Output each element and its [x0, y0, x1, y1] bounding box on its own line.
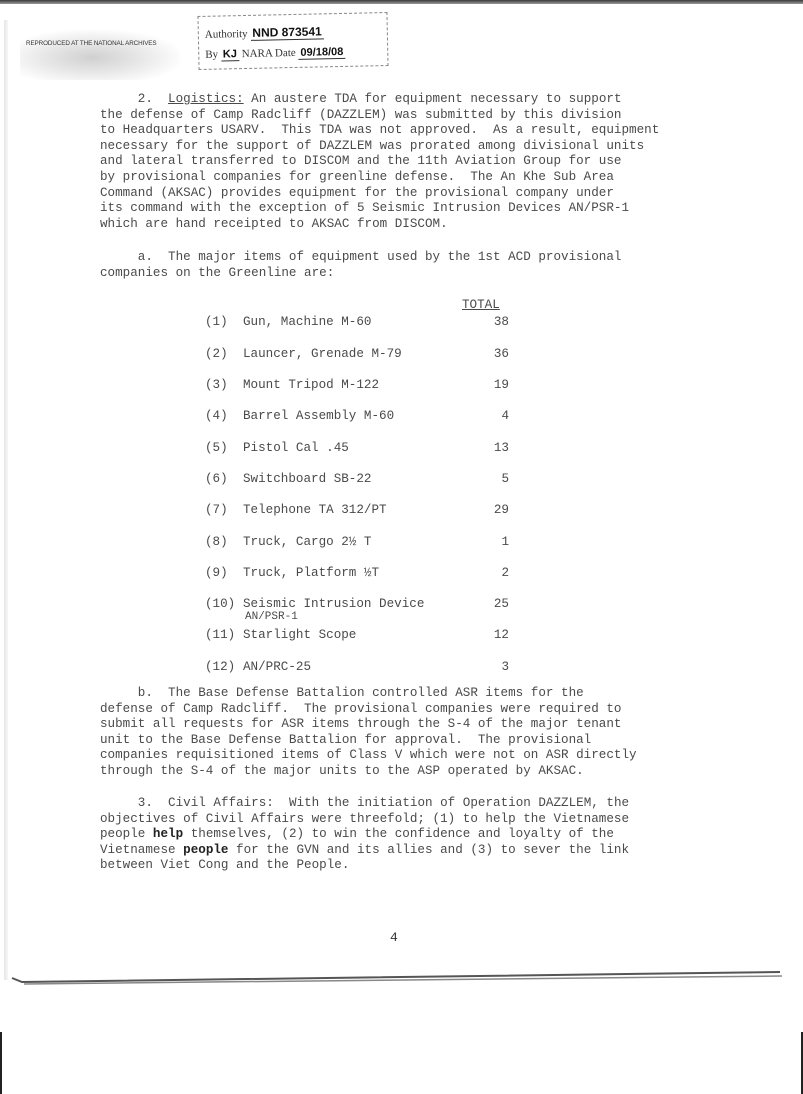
page-number: 4	[390, 930, 398, 945]
item-quantity: 2	[501, 566, 509, 580]
equipment-item: (6)Switchboard SB-225	[205, 472, 525, 488]
item-name: Truck, Platform ½T	[243, 566, 379, 580]
item-number: (12)	[205, 660, 243, 674]
text-line: through the S-4 of the major units to th…	[100, 764, 584, 778]
item-name: Starlight Scope	[243, 628, 356, 642]
base-defense-paragraph: b. The Base Defense Battalion controlled…	[100, 686, 720, 780]
civil-affairs-paragraph: 3. Civil Affairs: With the initiation of…	[100, 796, 720, 874]
item-number: (9)	[205, 566, 243, 580]
item-quantity: 36	[494, 347, 509, 361]
item-name: Mount Tripod M-122	[243, 378, 379, 392]
text-line: necessary for the support of DAZZLEM was…	[100, 139, 644, 153]
item-name: Seismic Intrusion Device	[243, 597, 424, 611]
text-fragment: people	[100, 827, 153, 841]
item-number: (4)	[205, 409, 243, 423]
section-number: 2.	[138, 92, 153, 106]
text-line: Command (AKSAC) provides equipment for t…	[100, 186, 614, 200]
item-number: (1)	[205, 315, 243, 329]
text-line: companies requisitioned items of Class V…	[100, 748, 637, 762]
equipment-item: (11)Starlight Scope12	[205, 628, 525, 644]
equipment-item: (10)Seismic Intrusion DeviceAN/PSR-125	[205, 597, 525, 613]
scan-lower-frame	[0, 1032, 803, 1094]
item-quantity: 1	[501, 535, 509, 549]
text-line: With the initiation of Operation DAZZLEM…	[274, 796, 629, 810]
item-name: Truck, Cargo 2½ T	[243, 535, 371, 549]
item-quantity: 3	[501, 660, 509, 674]
section-number: 3.	[138, 796, 153, 810]
item-number: (10)	[205, 597, 243, 611]
item-quantity: 13	[494, 441, 509, 455]
text-fragment: Vietnamese	[100, 843, 183, 857]
section-heading: Civil Affairs:	[168, 796, 274, 810]
item-quantity: 19	[494, 378, 509, 392]
item-quantity: 5	[501, 472, 509, 486]
text-line: unit to the Base Defense Battalion for a…	[100, 733, 591, 747]
text-line: objectives of Civil Affairs were threefo…	[100, 812, 629, 826]
text-line: companies on the Greenline are:	[100, 266, 334, 280]
item-quantity: 38	[494, 315, 509, 329]
text-line: to Headquarters USARV. This TDA was not …	[100, 123, 659, 137]
equipment-intro-paragraph: a. The major items of equipment used by …	[100, 250, 720, 281]
equipment-item: (5)Pistol Cal .4513	[205, 441, 525, 457]
logistics-paragraph: 2. Logistics: An austere TDA for equipme…	[100, 92, 720, 232]
equipment-item: (3)Mount Tripod M-12219	[205, 378, 525, 394]
item-quantity: 4	[501, 409, 509, 423]
text-line: and lateral transferred to DISCOM and th…	[100, 154, 621, 168]
text-line: a. The major items of equipment used by …	[100, 250, 621, 264]
text-line: the defense of Camp Radcliff (DAZZLEM) w…	[100, 108, 621, 122]
item-name: Gun, Machine M-60	[243, 315, 371, 329]
text-line: An austere TDA for equipment necessary t…	[244, 92, 622, 106]
equipment-item: (7)Telephone TA 312/PT29	[205, 503, 525, 519]
text-line: b. The Base Defense Battalion controlled…	[100, 686, 584, 700]
item-name: Pistol Cal .45	[243, 441, 349, 455]
item-number: (2)	[205, 347, 243, 361]
text-line: between Viet Cong and the People.	[100, 858, 349, 872]
item-name: Launcer, Grenade M-79	[243, 347, 402, 361]
item-number: (6)	[205, 472, 243, 486]
item-subname: AN/PSR-1	[245, 611, 298, 623]
equipment-item: (12)AN/PRC-253	[205, 660, 525, 676]
text-line: which are hand receipted to AKSAC from D…	[100, 217, 448, 231]
item-name: Barrel Assembly M-60	[243, 409, 394, 423]
total-column-header: TOTAL	[462, 298, 500, 312]
text-line: by provisional companies for greenline d…	[100, 170, 614, 184]
item-number: (11)	[205, 628, 243, 642]
item-name: AN/PRC-25	[243, 660, 311, 674]
bold-word: help	[153, 827, 183, 841]
item-name: Switchboard SB-22	[243, 472, 371, 486]
item-number: (3)	[205, 378, 243, 392]
equipment-item: (1)Gun, Machine M-6038	[205, 315, 525, 331]
equipment-item: (9)Truck, Platform ½T2	[205, 566, 525, 582]
item-quantity: 12	[494, 628, 509, 642]
document-page: 2. Logistics: An austere TDA for equipme…	[0, 0, 803, 1000]
equipment-item: (2)Launcer, Grenade M-7936	[205, 347, 525, 363]
text-line: defense of Camp Radcliff. The provisiona…	[100, 702, 621, 716]
text-line: its command with the exception of 5 Seis…	[100, 201, 629, 215]
equipment-item: (8)Truck, Cargo 2½ T1	[205, 535, 525, 551]
item-name: Telephone TA 312/PT	[243, 503, 387, 517]
item-quantity: 29	[494, 503, 509, 517]
item-number: (7)	[205, 503, 243, 517]
text-fragment: themselves, (2) to win the confidence an…	[183, 827, 614, 841]
section-heading: Logistics:	[168, 92, 244, 106]
item-number: (5)	[205, 441, 243, 455]
item-quantity: 25	[494, 597, 509, 611]
equipment-item: (4)Barrel Assembly M-604	[205, 409, 525, 425]
bold-word: people	[183, 843, 228, 857]
text-fragment: for the GVN and its allies and (3) to se…	[229, 843, 630, 857]
text-line: submit all requests for ASR items throug…	[100, 717, 621, 731]
item-number: (8)	[205, 535, 243, 549]
